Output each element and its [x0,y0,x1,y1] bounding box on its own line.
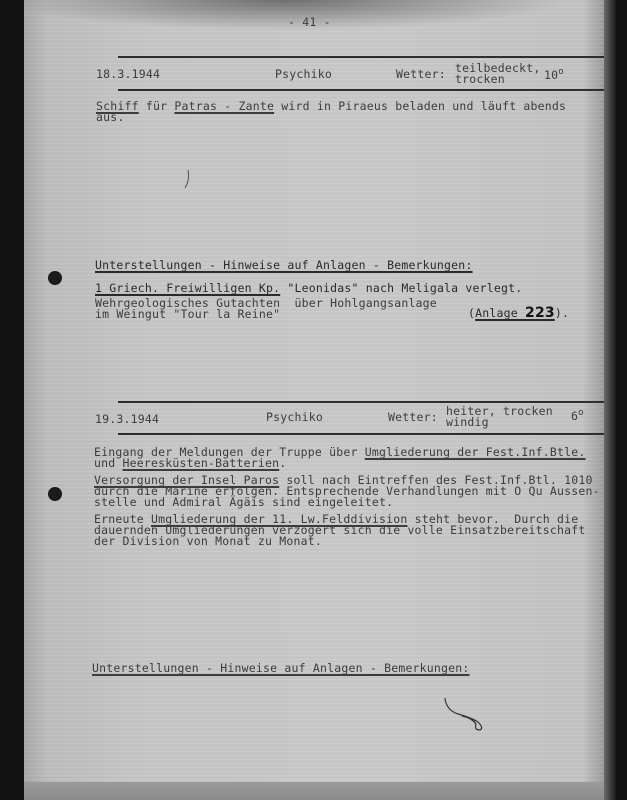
punch-hole [48,487,62,501]
header-rule-top [118,401,612,403]
annex-reference: (Anlage 223). [468,307,569,319]
entry-place: Psychiko [275,68,332,80]
punch-hole [48,271,62,285]
entry-place: Psychiko [266,411,323,423]
annex-number: 223 [525,305,555,321]
remarks-line: im Weingut "Tour la Reine" [95,308,280,320]
weather-line-2: windig [446,416,489,428]
header-rule-top [118,56,612,58]
page-bottom-edge [24,782,612,800]
entry-date: 19.3.1944 [95,413,159,425]
temperature: 10o [544,66,564,81]
remarks-heading: Unterstellungen - Hinweise auf Anlagen -… [92,662,470,674]
weather-line-2: trocken [455,73,505,85]
temperature: 6o [571,407,584,422]
remarks-heading: Unterstellungen - Hinweise auf Anlagen -… [95,259,473,271]
weather-label: Wetter: [388,411,438,423]
weather-label: Wetter: [396,68,446,80]
document-page: - 41 - 18.3.1944 Psychiko Wetter: teilbe… [24,0,612,800]
remarks-line: 1 Griech. Freiwilligen Kp. "Leonidas" na… [95,282,522,294]
entry-body-line: aus. [96,111,125,123]
paragraph-line: und Heeresküsten-Batterien. [94,457,286,469]
paragraph-line: der Division von Monat zu Monat. [94,535,322,547]
page-number: - 41 - [288,16,331,28]
page-right-edge [604,0,616,800]
handwritten-mark-icon [442,696,488,732]
entry-date: 18.3.1944 [96,68,160,80]
header-rule-bottom [118,433,612,435]
entry-body-line: Schiff für Patras - Zante wird in Piraeu… [96,100,566,112]
header-rule-bottom [118,89,612,91]
paragraph-line: stelle und Admiral Ägäis sind eingeleite… [94,496,393,508]
pencil-mark-icon [182,168,194,192]
